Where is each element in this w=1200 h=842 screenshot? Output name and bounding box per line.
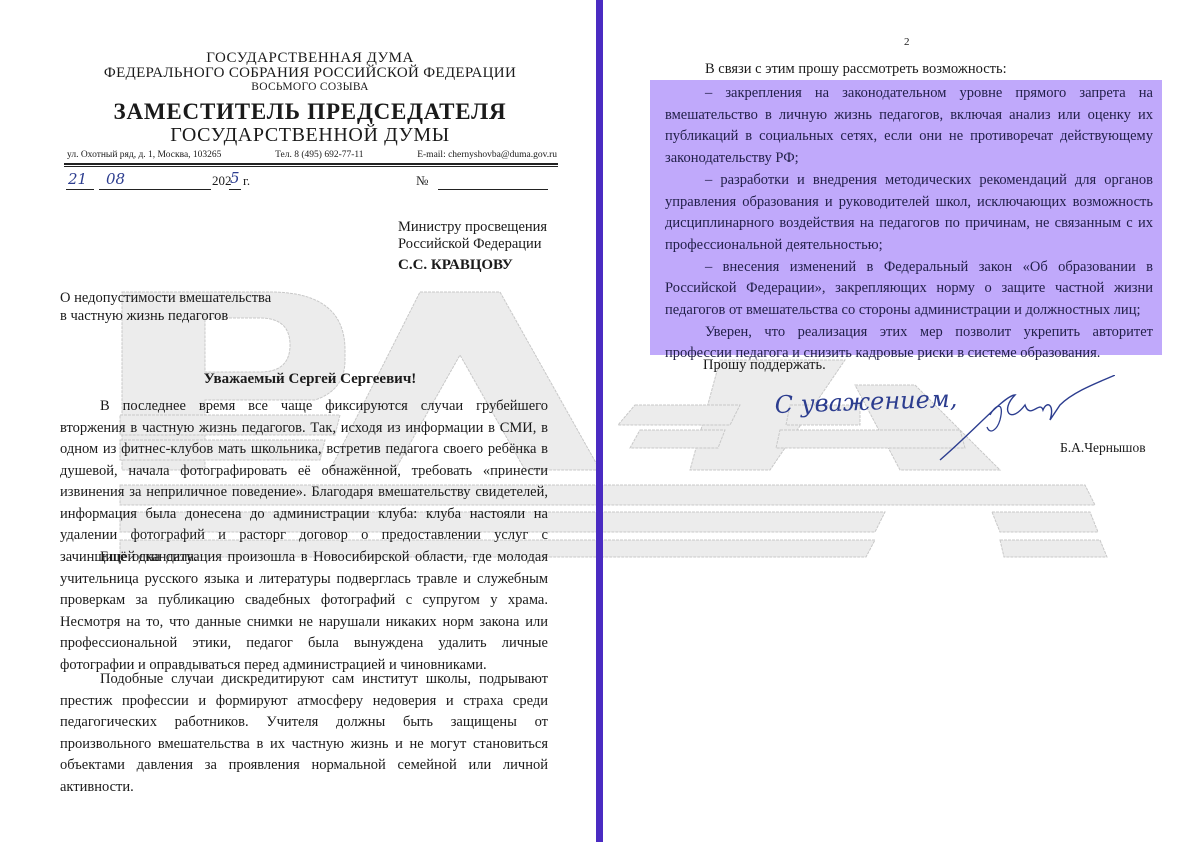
- subject-block: О недопустимости вмешательства в частную…: [60, 289, 271, 325]
- recipient-name: С.С. КРАВЦОВУ: [398, 257, 547, 274]
- recipient-line-2: Российской Федерации: [398, 236, 547, 253]
- letterhead-rule: [64, 163, 558, 165]
- proposal-item: – разработки и внедрения методических ре…: [665, 170, 1153, 257]
- svg-text:С уважением,: С уважением,: [775, 385, 958, 419]
- subject-line-1: О недопустимости вмешательства: [60, 289, 271, 307]
- page-divider: [596, 0, 603, 842]
- greeting: Уважаемый Сергей Сергеевич!: [60, 371, 560, 388]
- proposal-item: – закрепления на законодательном уровне …: [665, 83, 1153, 170]
- email: E-mail: chernyshovba@duma.gov.ru: [417, 150, 557, 160]
- letterhead-rule-thin: [64, 166, 558, 167]
- document-number-underline: [438, 189, 548, 190]
- body-paragraph: Подобные случаи дискредитируют сам инсти…: [60, 669, 548, 798]
- letter-page-1: ГОСУДАРСТВЕННАЯ ДУМА ФЕДЕРАЛЬНОГО СОБРАН…: [0, 0, 595, 842]
- page-number: 2: [904, 36, 910, 48]
- date-day: 21: [68, 170, 87, 188]
- date-year-prefix: 202: [212, 173, 232, 189]
- closing-statement: Уверен, что реализация этих мер позволит…: [665, 322, 1153, 365]
- proposal-list: – закрепления на законодательном уровне …: [665, 83, 1153, 365]
- recipient-block: Министру просвещения Российской Федераци…: [398, 219, 547, 274]
- request-intro: В связи с этим прошу рассмотреть возможн…: [705, 61, 1007, 78]
- date-year-suffix: г.: [243, 173, 250, 189]
- letterhead-line-2: ФЕДЕРАЛЬНОГО СОБРАНИЯ РОССИЙСКОЙ ФЕДЕРАЦ…: [60, 65, 560, 82]
- phone: Тел. 8 (495) 692-77-11: [275, 150, 363, 160]
- dateline: 21 08 202 5 г. №: [66, 172, 558, 192]
- letterhead-subtitle: ГОСУДАРСТВЕННОЙ ДУМЫ: [60, 124, 560, 147]
- letterhead-contacts: ул. Охотный ряд, д. 1, Москва, 103265 Те…: [67, 150, 557, 160]
- letterhead-line-3: ВОСЬМОГО СОЗЫВА: [60, 81, 560, 93]
- date-year-underline: [229, 189, 241, 190]
- document-number-label: №: [416, 173, 428, 189]
- recipient-line-1: Министру просвещения: [398, 219, 547, 236]
- date-month: 08: [106, 170, 125, 188]
- proposal-item: – внесения изменений в Федеральный закон…: [665, 257, 1153, 322]
- signatory-name: Б.А.Чернышов: [1060, 440, 1146, 456]
- subject-line-2: в частную жизнь педагогов: [60, 307, 271, 325]
- date-day-underline: [66, 189, 94, 190]
- address: ул. Охотный ряд, д. 1, Москва, 103265: [67, 150, 221, 160]
- letterhead-title: ЗАМЕСТИТЕЛЬ ПРЕДСЕДАТЕЛЯ: [60, 99, 560, 125]
- letter-page-2: 2 В связи с этим прошу рассмотреть возмо…: [605, 0, 1200, 842]
- date-month-underline: [99, 189, 211, 190]
- body-paragraph: В последнее время все чаще фиксируются с…: [60, 396, 548, 568]
- body-paragraph: Ещё одна ситуация произошла в Новосибирс…: [60, 547, 548, 676]
- date-year-digit: 5: [230, 169, 240, 187]
